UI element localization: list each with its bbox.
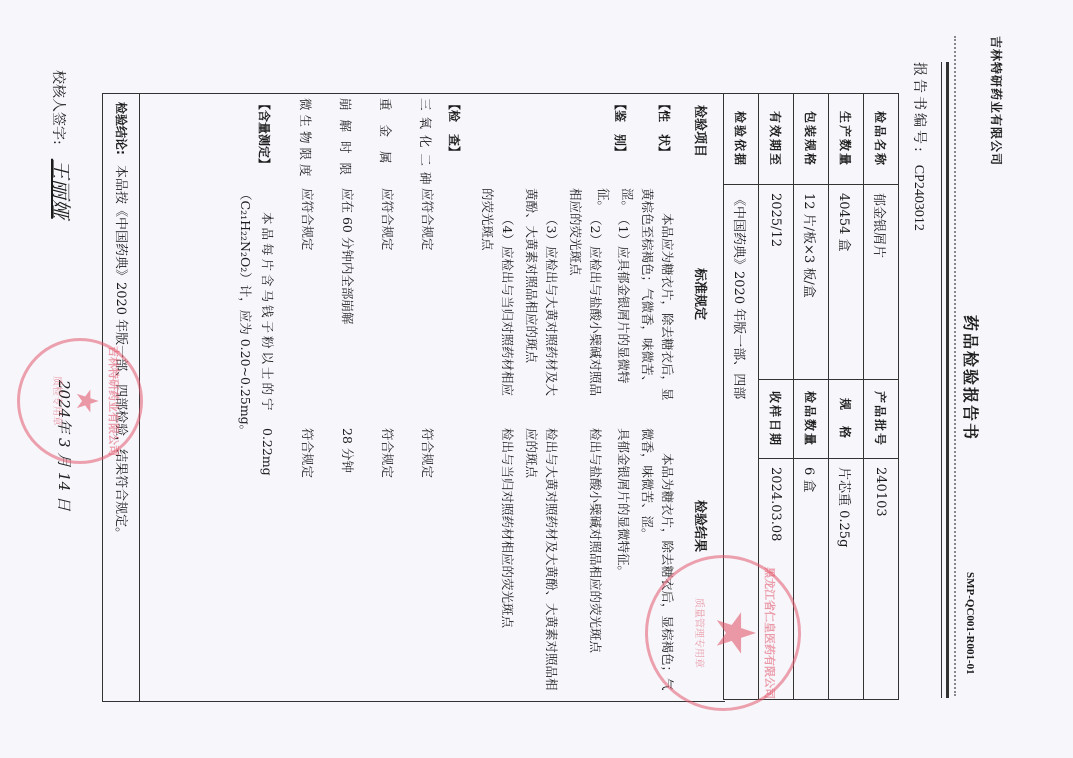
section-assay-title: 【含量测定】 (256, 98, 273, 170)
inspection-report-page: 吉林特研药业有限公司 药品检验报告书 SMP-QC001-R001-01 报告书… (0, 0, 1073, 758)
label-product-name: 检品名称 (864, 94, 899, 185)
conclusion-label: 检验结论: (114, 102, 128, 155)
col-header-standard: 标准规定 (692, 268, 711, 320)
identification-result: 具郁金银屑片的显微特征。 (613, 428, 633, 696)
report-number-label: 报告书编号: (911, 62, 927, 155)
report-number: 报告书编号:CP2403012 (910, 62, 930, 231)
value-sample-qty: 6 盒 (794, 459, 829, 700)
receiver-seal-stamp: 黑龙江省仁皇医药有限公司 ★ 质量管理专用章 (645, 555, 801, 711)
test-name-arsenic: 三氧化二砷 (417, 98, 435, 191)
info-row: 生产数量 40454 盒 规 格 片芯重 0.25g (829, 94, 864, 700)
identification-standard: （4）应检出与当归对照药材相应的荧光斑点 (477, 188, 517, 408)
test-standard: 应符合规定 (297, 188, 317, 251)
value-product-name: 郁金银屑片 (864, 185, 899, 380)
identification-result: 检出与当归对照药材相应的荧光斑点 (497, 428, 517, 696)
document-title: 药品检验报告书 (960, 315, 983, 441)
signature-label: 校核人签字: (50, 70, 66, 145)
label-package-spec: 包装规格 (794, 94, 829, 185)
section-tests-title: 【检 查】 (446, 98, 463, 158)
reviewer-signature: 校核人签字:王丽娅 (48, 70, 77, 219)
test-standard: 应符合规定 (377, 188, 397, 251)
label-receive-date: 收样日期 (759, 380, 794, 459)
label-specification: 规 格 (829, 380, 864, 459)
stamp-sub-text: 质量管理专用章 (693, 558, 708, 708)
stamp-ring-text: 吉林特研药业有限公司 (106, 341, 122, 461)
info-row: 包装规格 12 片/板×3 板/盒 检品数量 6 盒 (794, 94, 829, 700)
test-name-microbial: 微生物限度 (297, 98, 315, 181)
col-header-item: 检验项目 (692, 105, 711, 157)
section-identification-title: 【鉴 别】 (612, 98, 629, 158)
assay-standard-line1: 本品每片含马钱子粉以士的宁 (257, 212, 277, 414)
label-expiry: 有效期至 (759, 94, 794, 185)
test-standard: 应在 60 分钟内全部崩解 (337, 188, 357, 324)
test-result: 符合规定 (377, 428, 397, 478)
assay-standard-line2: （C₂₁H₂₂N₂O₂）计，应为 0.20~0.25mg。 (235, 188, 255, 437)
star-icon: ★ (708, 558, 762, 708)
report-number-value: CP2403012 (911, 165, 926, 231)
stamp-sub-text: 质检专用章 (51, 341, 66, 461)
label-production-qty: 生产数量 (829, 94, 864, 185)
info-row: 检品名称 郁金银屑片 产品批号 240103 (864, 94, 899, 700)
value-batch-no: 240103 (864, 459, 899, 700)
test-name-disintegration: 崩解时限 (337, 98, 355, 184)
header-divider-rule (941, 62, 949, 698)
col-header-result: 检验结果 (692, 500, 711, 552)
section-appearance-title: 【性 状】 (656, 98, 673, 158)
test-result: 符合规定 (417, 428, 437, 478)
form-code: SMP-QC001-R001-01 (964, 572, 976, 675)
test-standard: 应符合规定 (417, 188, 437, 251)
value-specification: 片芯重 0.25g (829, 459, 864, 700)
identification-standard: （2）应检出与盐酸小檗碱对照品相应的荧光斑点 (565, 188, 605, 408)
identification-standard: （3）应检出与大黄对照药材及大黄酚、大黄素对照品相应的斑点 (521, 188, 561, 408)
test-result: 28 分钟 (337, 428, 357, 473)
identification-result: 检出与盐酸小檗碱对照品相应的荧光斑点 (585, 428, 605, 696)
label-sample-qty: 检品数量 (794, 380, 829, 459)
company-name: 吉林特研药业有限公司 (988, 36, 1005, 166)
signature-name: 王丽娅 (49, 159, 73, 219)
label-batch-no: 产品批号 (864, 380, 899, 459)
star-icon: ★ (66, 341, 106, 461)
qc-seal-stamp: 吉林特研药业有限公司 ★ 质检专用章 (17, 338, 143, 464)
value-expiry: 2025/12 (759, 185, 794, 380)
assay-result: 0.22mg (257, 428, 277, 476)
value-production-qty: 40454 盒 (829, 185, 864, 380)
header-divider-wave (954, 36, 960, 696)
test-name-heavy-metal: 重金属 (377, 98, 395, 178)
label-basis: 检验依据 (724, 94, 759, 185)
value-package-spec: 12 片/板×3 板/盒 (794, 185, 829, 380)
identification-result: 检出与大黄对照药材及大黄酚、大黄素对照品相应的斑点 (521, 428, 561, 696)
test-result: 符合规定 (297, 428, 317, 478)
